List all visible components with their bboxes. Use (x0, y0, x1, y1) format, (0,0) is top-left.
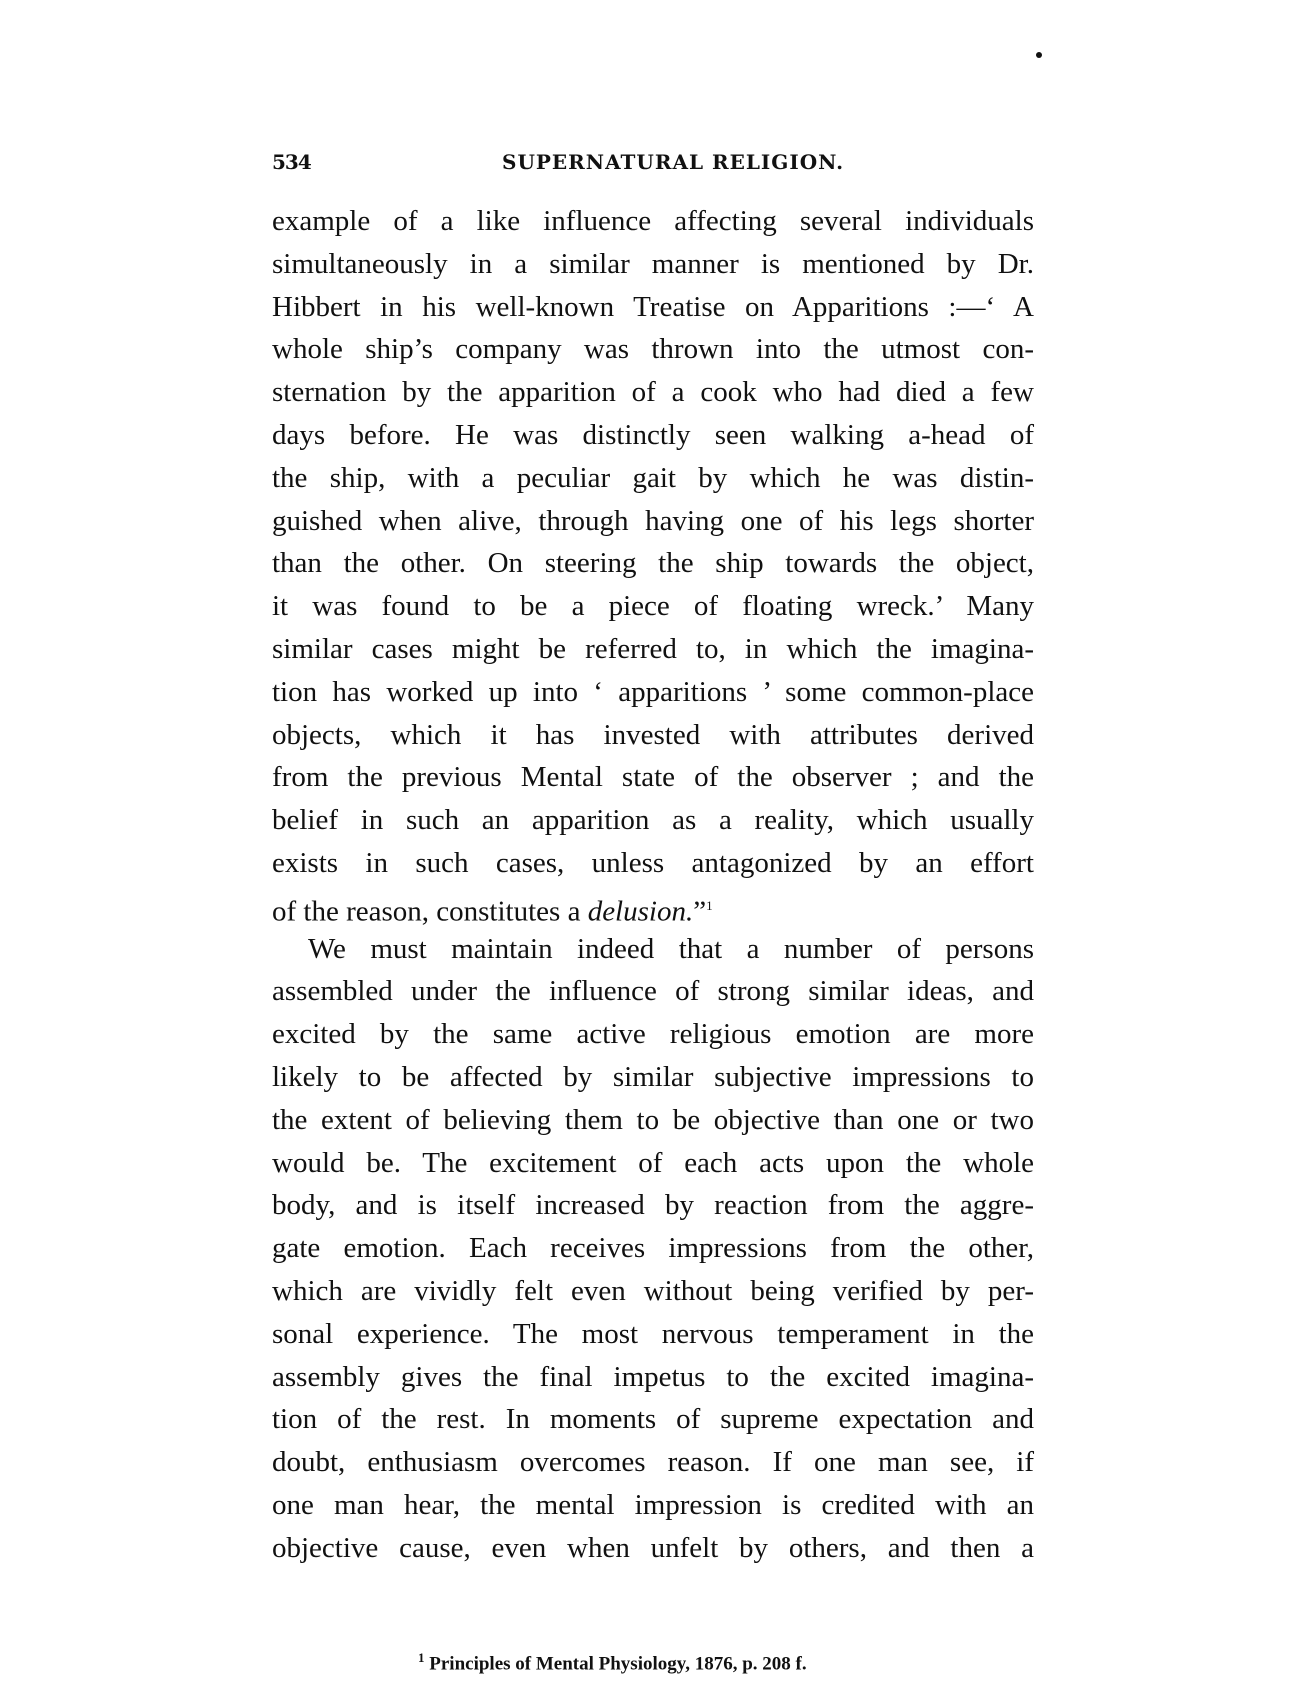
page-header: 534 SUPERNATURAL RELIGION. (272, 150, 1032, 180)
stray-ink-dot (1036, 52, 1042, 58)
text-line: one man hear, the mental impression is c… (272, 1484, 1034, 1527)
text-line: which are vividly felt even without bein… (272, 1270, 1034, 1313)
text-line: similar cases might be referred to, in w… (272, 628, 1034, 671)
text-line: tion of the rest. In moments of supreme … (272, 1398, 1034, 1441)
text-line: sternation by the apparition of a cook w… (272, 371, 1034, 414)
text-line: simultaneously in a similar manner is me… (272, 243, 1034, 286)
paragraph-2: We must maintain indeed that a number of… (272, 928, 1034, 1570)
text-line: would be. The excitement of each acts up… (272, 1142, 1034, 1185)
text-line: the extent of believing them to be objec… (272, 1099, 1034, 1142)
footnote-marker: 1 (418, 1650, 425, 1665)
text-line: from the previous Mental state of the ob… (272, 756, 1034, 799)
line-text: of the reason, constitutes a (272, 895, 588, 927)
text-line: likely to be affected by similar subject… (272, 1056, 1034, 1099)
text-line: guished when alive, through having one o… (272, 500, 1034, 543)
text-line: whole ship’s company was thrown into the… (272, 328, 1034, 371)
text-line: objects, which it has invested with attr… (272, 714, 1034, 757)
paragraph-1: example of a like influence affecting se… (272, 200, 1034, 928)
text-line: Hibbert in his well-known Treatise on Ap… (272, 286, 1034, 329)
text-line: belief in such an apparition as a realit… (272, 799, 1034, 842)
text-line: than the other. On steering the ship tow… (272, 542, 1034, 585)
text-line: body, and is itself increased by reactio… (272, 1184, 1034, 1227)
text-line: assembly gives the final impetus to the … (272, 1356, 1034, 1399)
footnote-reference[interactable]: 1 (706, 898, 713, 913)
text-line: gate emotion. Each receives impressions … (272, 1227, 1034, 1270)
text-line: exists in such cases, unless antagonized… (272, 842, 1034, 885)
page-number: 534 (272, 150, 311, 174)
text-line: sonal experience. The most nervous tempe… (272, 1313, 1034, 1356)
text-line: objective cause, even when unfelt by oth… (272, 1527, 1034, 1570)
text-line: it was found to be a piece of floating w… (272, 585, 1034, 628)
text-line: excited by the same active religious emo… (272, 1013, 1034, 1056)
footnote-text: Principles of Mental Physiology, 1876, p… (429, 1653, 806, 1674)
text-line: of the reason, constitutes a delusion.”1 (272, 885, 1034, 928)
closing-quote: ” (693, 895, 706, 927)
text-line: tion has worked up into ‘ apparitions ’ … (272, 671, 1034, 714)
body-text: example of a like influence affecting se… (272, 200, 1034, 1570)
text-line: the ship, with a peculiar gait by which … (272, 457, 1034, 500)
text-line: assembled under the influence of strong … (272, 970, 1034, 1013)
italic-word: delusion. (588, 895, 694, 927)
text-line: We must maintain indeed that a number of… (272, 928, 1034, 971)
footnote: 1 Principles of Mental Physiology, 1876,… (418, 1650, 807, 1675)
text-line: days before. He was distinctly seen walk… (272, 414, 1034, 457)
text-line: doubt, enthusiasm overcomes reason. If o… (272, 1441, 1034, 1484)
text-line: example of a like influence affecting se… (272, 200, 1034, 243)
running-title: SUPERNATURAL RELIGION. (502, 150, 844, 174)
